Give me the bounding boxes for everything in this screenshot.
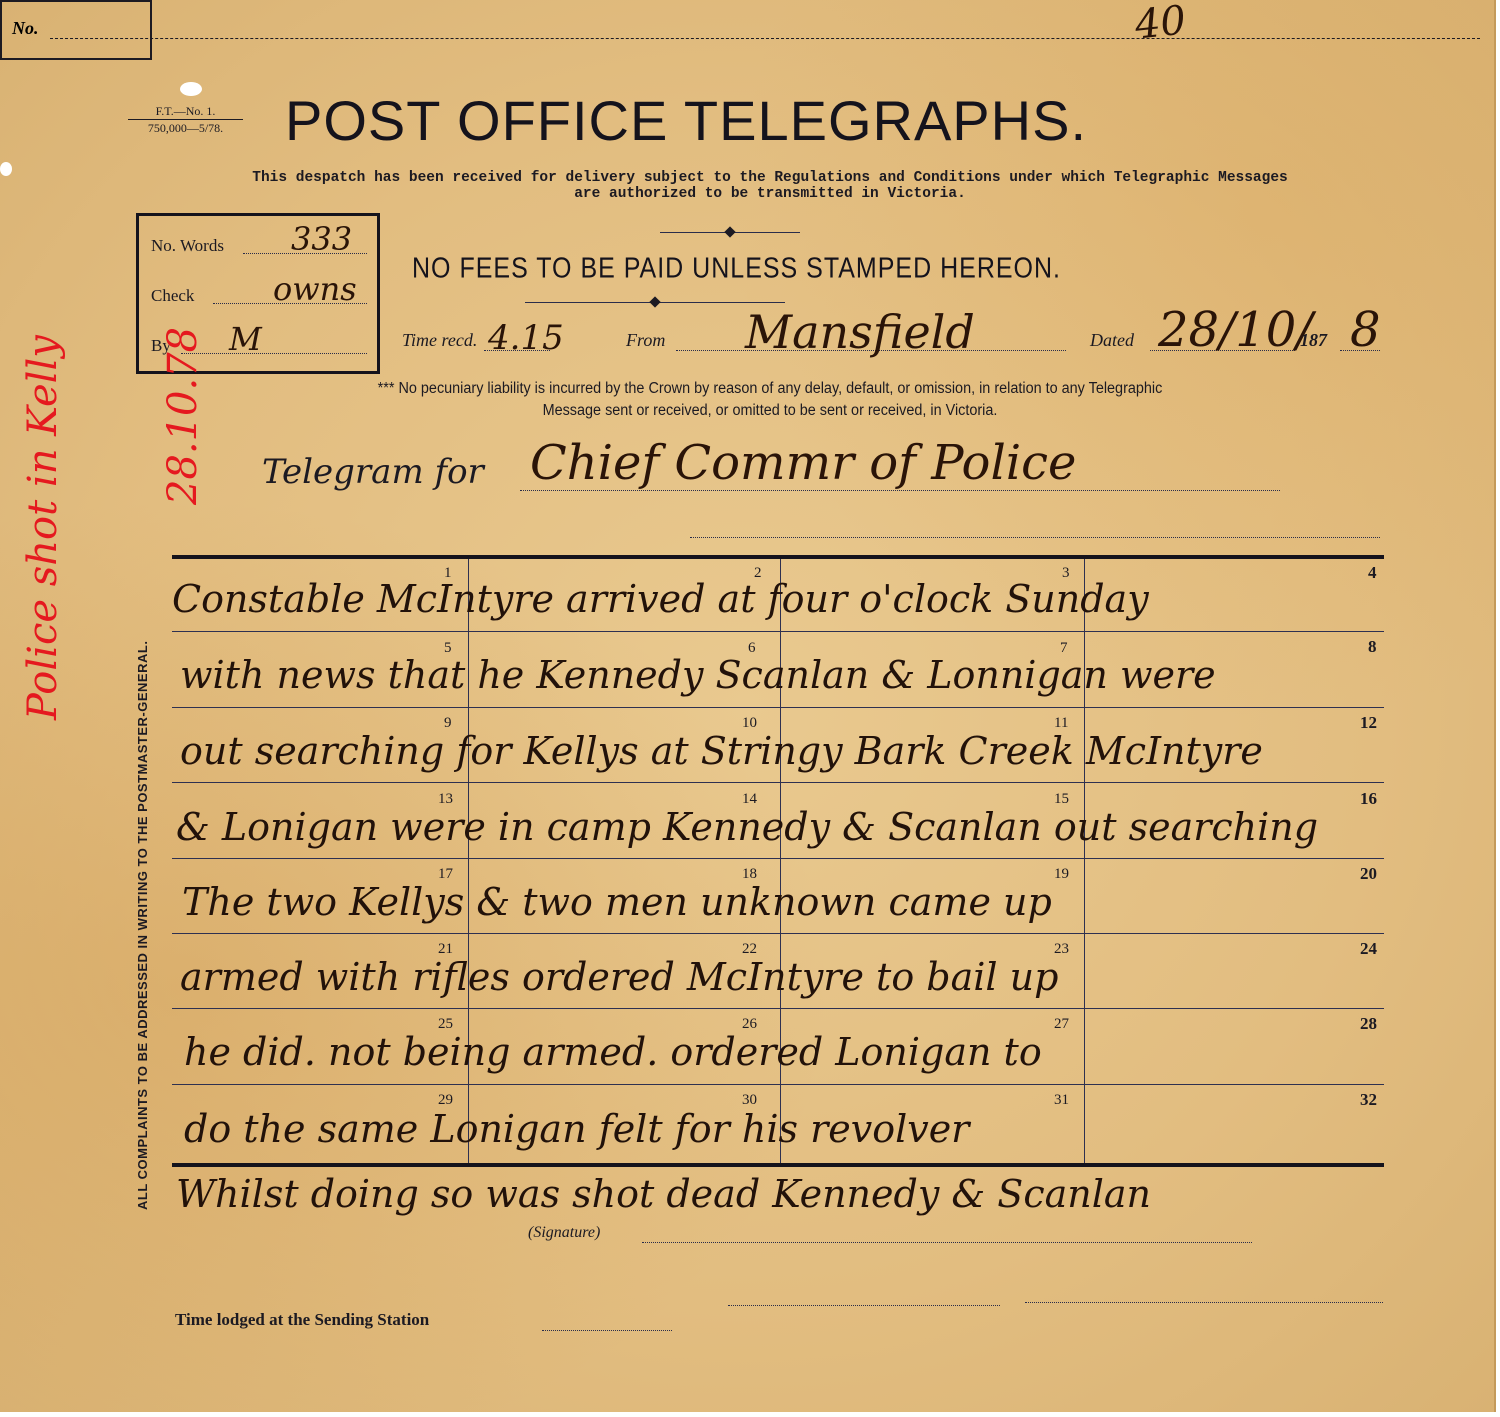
dated-label: Dated [1090,330,1134,351]
words-row: No. Words 333 [151,224,367,260]
cell-number: 31 [1054,1092,1069,1109]
liability-line1: *** No pecuniary liability is incurred b… [203,378,1338,400]
message-line-overflow: Whilst doing so was shot dead Kennedy & … [176,1172,1151,1216]
by-value[interactable]: M [229,320,262,358]
cell-number: 27 [1054,1016,1069,1033]
check-value[interactable]: owns [273,270,357,308]
number-field[interactable] [50,38,1480,39]
form-code: F.T.—No. 1. 750,000—5/78. [128,104,243,135]
form-code-line2: 750,000—5/78. [128,121,243,135]
grid-rule [172,1084,1384,1085]
cell-number: 19 [1054,866,1069,883]
time-received-label: Time recd. [402,330,477,351]
grid-rule [172,782,1384,783]
subtitle-line2: are authorized to be transmitted in Vict… [160,186,1380,202]
form-code-line1: F.T.—No. 1. [128,104,243,118]
cell-number: 4 [1368,563,1377,583]
cell-number: 28 [1360,1014,1377,1034]
from-label: From [626,330,665,351]
form-code-rule [128,119,243,120]
time-lodged-field[interactable] [542,1330,672,1331]
cell-number: 24 [1360,939,1377,959]
telegram-form: 40 F.T.—No. 1. 750,000—5/78. POST OFFICE… [0,0,1496,1412]
grid-rule [172,858,1384,859]
cell-number: 16 [1360,789,1377,809]
year-suffix[interactable]: 8 [1350,302,1381,358]
number-label: No. [12,18,39,39]
year-prefix: 187 [1300,330,1327,351]
grid-rule [172,631,1384,632]
by-dotline [181,353,367,354]
grid-rule [172,707,1384,708]
liability-line2: Message sent or received, or omitted to … [203,400,1338,422]
telegram-for-label: Telegram for [262,452,484,492]
grid-rule [172,933,1384,934]
sender-dotline [1025,1302,1383,1303]
message-line: do the same Lonigan felt for his revolve… [184,1107,969,1151]
top-annotation: 40 [1133,0,1188,49]
subtitle: This despatch has been received for deli… [160,170,1380,202]
message-line: with news that he Kennedy Scanlan & Lonn… [180,653,1216,697]
sender-dotline [728,1305,1000,1306]
time-received-value[interactable]: 4.15 [488,318,564,358]
paper-damage-hole [180,82,202,96]
message-line: he did. not being armed. ordered Lonigan… [184,1030,1042,1074]
addressee-dotline-2 [690,537,1380,538]
page-title: POST OFFICE TELEGRAPHS. [285,88,1087,153]
from-value[interactable]: Mansfield [745,305,975,359]
complaints-notice: ALL COMPLAINTS TO BE ADDRESSED IN WRITIN… [135,641,150,1210]
grid-bottom-rule [172,1163,1384,1167]
grid-rule [172,1008,1384,1009]
message-line: out searching for Kellys at Stringy Bark… [180,729,1263,773]
check-label: Check [151,286,194,306]
cell-number: 20 [1360,864,1377,884]
message-line: The two Kellys & two men unknown came up [182,880,1052,924]
signature-field[interactable] [642,1242,1252,1243]
diamond-ornament-icon [649,296,660,307]
cell-number: 8 [1368,637,1377,657]
signature-label: (Signature) [528,1224,600,1242]
subtitle-line1: This despatch has been received for deli… [160,170,1380,186]
addressee-value[interactable]: Chief Commr of Police [530,435,1076,491]
message-line: armed with rifles ordered McIntyre to ba… [180,955,1058,999]
words-label: No. Words [151,236,224,256]
number-box: No. [0,0,152,60]
no-fees-notice: NO FEES TO BE PAID UNLESS STAMPED HEREON… [412,252,1061,285]
margin-note: Police shot in Kelly [20,335,66,720]
check-row: Check owns [151,274,367,310]
paper-damage-hole [0,162,12,176]
grid-top-rule [172,555,1384,559]
liability-notice: *** No pecuniary liability is incurred b… [203,378,1338,422]
words-value[interactable]: 333 [291,220,352,258]
margin-date: 28.10.78 [160,327,206,505]
message-line: & Lonigan were in camp Kennedy & Scanlan… [176,805,1318,849]
cell-number: 32 [1360,1090,1377,1110]
message-grid: 1 2 3 4 5 6 7 8 9 10 11 12 13 14 15 16 1… [172,555,1384,1167]
cell-number: 12 [1360,713,1377,733]
time-lodged-label: Time lodged at the Sending Station [175,1310,429,1330]
dated-value[interactable]: 28/10/ [1158,302,1313,358]
diamond-ornament-icon [724,226,735,237]
message-line: Constable McIntyre arrived at four o'clo… [172,577,1149,621]
grid-column-rule [1084,559,1085,1163]
